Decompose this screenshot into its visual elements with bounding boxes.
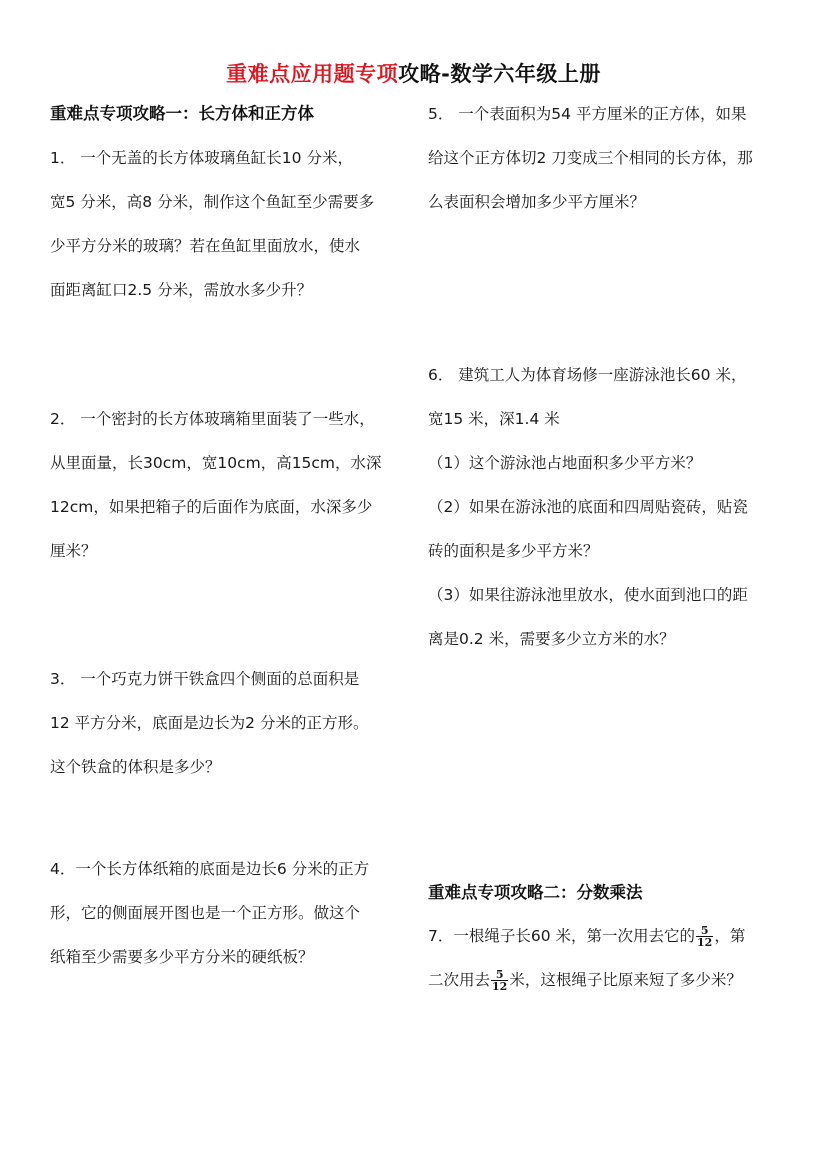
problem-line: 4．一个长方体纸箱的底面是边长6 分米的正方 [50,858,369,880]
title-red-part: 重难点应用题专项 [226,62,398,86]
problem-line: 宽15 米，深1.4 米 [428,408,560,430]
problem-line: 12 平方分米，底面是边长为2 分米的正方形。 [50,712,368,734]
problem-line: 离是0.2 米，需要多少立方米的水？ [428,628,675,650]
problem-line: 2． 一个密封的长方体玻璃箱里面装了一些水， [50,408,375,430]
problem-line: 砖的面积是多少平方米？ [428,540,599,562]
problem-text: ，第 [714,927,745,945]
document-page: 重难点应用题专项攻略-数学六年级上册 重难点专项攻略一：长方体和正方体 1． 一… [0,0,827,1169]
fraction: 512 [696,925,713,948]
problem-line: 面距离缸口2.5 分米，需放水多少升？ [50,279,312,301]
problem-line: 7．一根绳子长60 米，第一次用去它的512，第 [428,925,745,948]
problem-line: （3）如果往游泳池里放水，使水面到池口的距 [428,584,748,606]
problem-line: 从里面量，长30cm，宽10cm，高15cm，水深 [50,452,382,474]
problem-line: 么表面积会增加多少平方厘米？ [428,191,645,213]
problem-line: 12cm，如果把箱子的后面作为底面，水深多少 [50,496,372,518]
problem-line: （1）这个游泳池占地面积多少平方米？ [428,452,701,474]
problem-line: 宽5 分米，高8 分米，制作这个鱼缸至少需要多 [50,191,374,213]
problem-line: 这个铁盒的体积是多少？ [50,756,221,778]
problem-text: 7．一根绳子长60 米，第一次用去它的 [428,927,695,945]
section-heading-2: 重难点专项攻略二：分数乘法 [428,882,643,904]
problem-line: 1． 一个无盖的长方体玻璃鱼缸长10 分米， [50,147,353,169]
problem-line: 二次用去512米，这根绳子比原来短了多少米？ [428,969,742,992]
problem-line: 3． 一个巧克力饼干铁盒四个侧面的总面积是 [50,668,359,690]
fraction-denominator: 12 [696,937,713,948]
fraction-denominator: 12 [491,981,508,992]
problem-text: 米，这根绳子比原来短了多少米？ [509,971,742,989]
section-heading-1: 重难点专项攻略一：长方体和正方体 [50,103,314,125]
page-title: 重难点应用题专项攻略-数学六年级上册 [0,58,827,88]
problem-line: 给这个正方体切2 刀变成三个相同的长方体，那 [428,147,753,169]
problem-line: 少平方分米的玻璃？若在鱼缸里面放水，使水 [50,235,360,257]
problem-line: 纸箱至少需要多少平方分米的硬纸板？ [50,946,314,968]
problem-line: 6． 建筑工人为体育场修一座游泳池长60 米， [428,364,746,386]
problem-line: 形，它的侧面展开图也是一个正方形。做这个 [50,902,360,924]
problem-line: （2）如果在游泳池的底面和四周贴瓷砖，贴瓷 [428,496,748,518]
title-black-part: 攻略-数学六年级上册 [398,62,601,86]
fraction: 512 [491,969,508,992]
problem-line: 5． 一个表面积为54 平方厘米的正方体，如果 [428,103,746,125]
problem-line: 厘米？ [50,540,97,562]
problem-text: 二次用去 [428,971,490,989]
